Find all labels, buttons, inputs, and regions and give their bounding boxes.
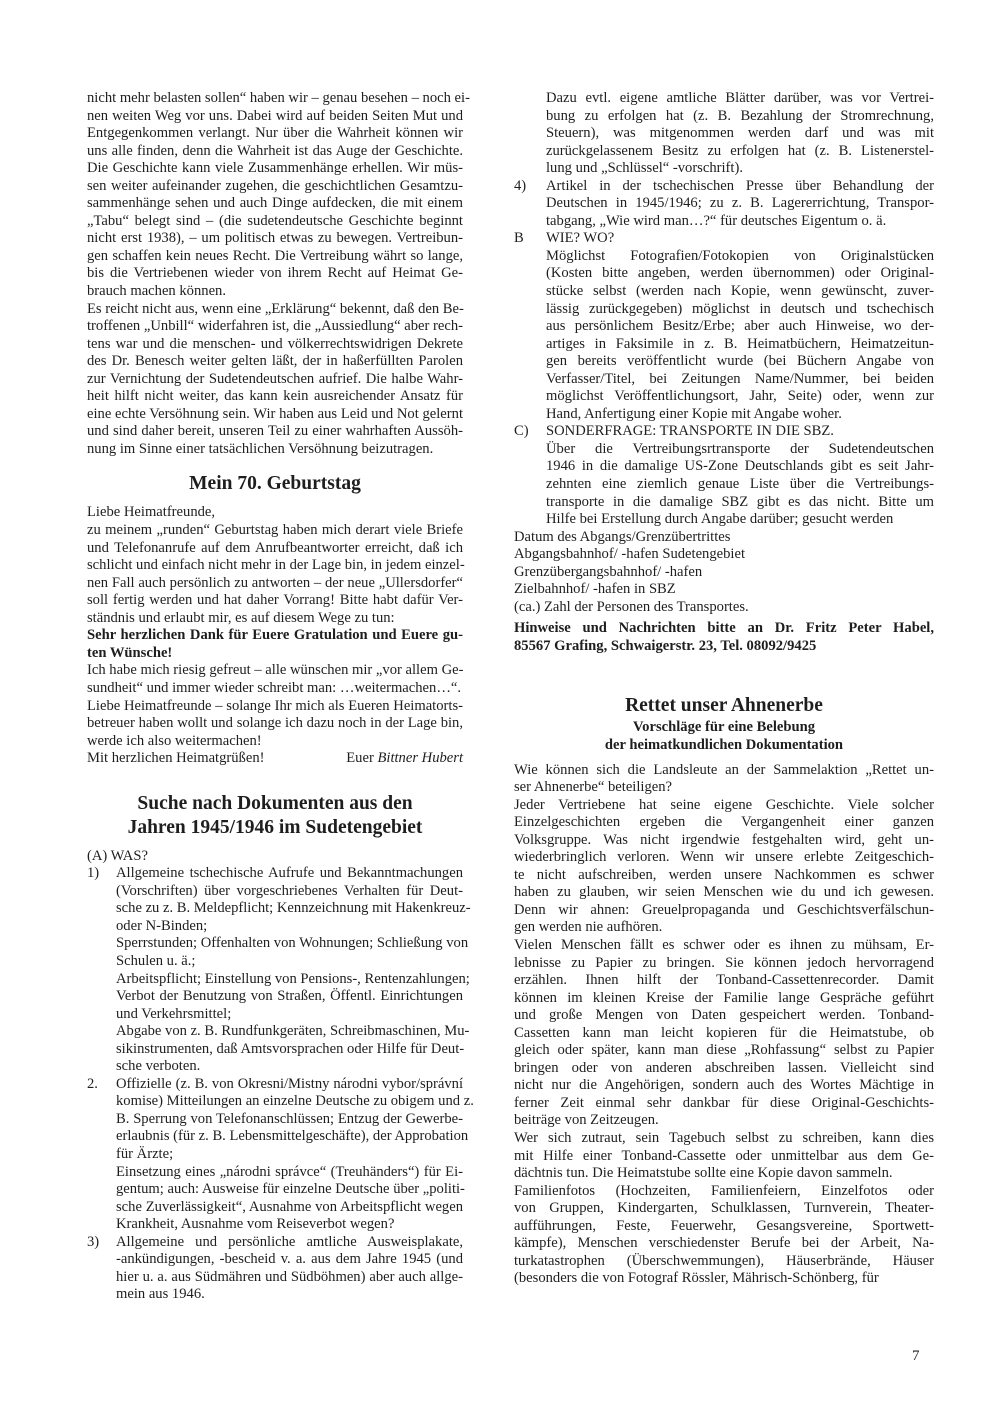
text-line: werde ich also weitermachen! xyxy=(87,733,463,751)
text-line: 85567 Grafing, Schwaigerstr. 23, Tel. 08… xyxy=(514,638,934,656)
text-line: Sehr herzlichen Dank für Euere Gratulati… xyxy=(87,627,463,645)
text-line: Offizielle (z. B. von Okresni/Mistny nár… xyxy=(116,1076,463,1094)
text-line: ser Ahnenerbe“ beteiligen? xyxy=(514,779,934,797)
text-line: soll fertig werden und hat daher Vorrang… xyxy=(87,592,463,610)
text-line: Wer sich zutraut, sein Tagebuch selbst z… xyxy=(514,1130,934,1148)
text-line: und Telefonanrufe auf dem Anrufbeantwort… xyxy=(87,540,463,558)
text-line: heit hilft nicht weiter, das kann kein a… xyxy=(87,388,463,406)
text-line: gleich oder später, kann man diese „Rohf… xyxy=(514,1042,934,1060)
list-item-3: 3) Allgemeine und persönliche amtliche A… xyxy=(87,1234,463,1304)
text-line: Verfasser/Titel, bei Zeitungen Name/Numm… xyxy=(546,371,934,389)
text-line: Dazu evtl. eigene amtliche Blätter darüb… xyxy=(546,90,934,108)
text-line: nen Fall auch persönlich zu antworten – … xyxy=(87,575,463,593)
text-line: sche zu z. B. Meldepflicht; Kennzeichnun… xyxy=(116,900,463,918)
text-line: Vielen Menschen fällt es schwer oder es … xyxy=(514,937,934,955)
text-line: Möglichst Fotografien/Fotokopien von Ori… xyxy=(546,248,934,266)
birthday-thanks: Sehr herzlichen Dank für Euere Gratulati… xyxy=(87,627,463,662)
list-item-2: 2. Offizielle (z. B. von Okresni/Mistny … xyxy=(87,1076,463,1234)
text-line: nung im Sinne einer tatsächlichen Versöh… xyxy=(87,441,463,459)
text-line: (besonders die von Fotograf Rössler, Mäh… xyxy=(514,1270,934,1288)
text-line: betreuer haben wollt und solange ich daz… xyxy=(87,715,463,733)
text-line: zehnten eine ziemlich genaue Liste über … xyxy=(546,476,934,494)
closing-greeting: Mit herzlichen Heimatgrüßen! xyxy=(87,750,265,768)
birthday-closing: Mit herzlichen Heimatgrüßen! Euer Bittne… xyxy=(87,750,463,768)
text-line: Schulen u. ä.; xyxy=(116,953,463,971)
sought-items-list: Datum des Abgangs/GrenzübertrittesAbgang… xyxy=(514,529,934,617)
text-line: bung zu erfolgen hat (z. B. Bezahlung de… xyxy=(546,108,934,126)
text-line: Ich habe mich riesig gefreut – alle wüns… xyxy=(87,662,463,680)
section-a-heading: (A) WAS? xyxy=(87,848,463,866)
text-line: schlicht und einfach nicht mehr in der L… xyxy=(87,557,463,575)
documents-title: Suche nach Dokumenten aus den Jahren 194… xyxy=(87,792,463,840)
text-line: mit Hilfe einer Tonband-Cassette oder un… xyxy=(514,1148,934,1166)
text-line: erlaubnis (für z. B. Lebensmittelgeschäf… xyxy=(116,1128,463,1146)
text-line: aus persönlichem Besitz/Erbe; aber auch … xyxy=(546,318,934,336)
text-line: tabgang, „Wie wird man…?“ für deutsches … xyxy=(546,213,934,231)
text-line: gen schaffen kein neues Recht. Die Vertr… xyxy=(87,248,463,266)
text-line: und sind daher bereit, unseren Teil zu e… xyxy=(87,423,463,441)
text-line: sundheit“ und immer wieder schreibt man:… xyxy=(87,680,463,698)
text-line: gen bereits veröffentlicht wurde (bei Bü… xyxy=(546,353,934,371)
text-line: haben zu glauben, wir seien Menschen wie… xyxy=(514,884,934,902)
text-line: Sperrstunden; Offenhalten von Wohnungen;… xyxy=(116,935,463,953)
text-line: von Gruppen, Kindergarten, Schulklassen,… xyxy=(514,1200,934,1218)
birthday-text: Liebe Heimatfreunde,zu meinem „runden“ G… xyxy=(87,504,463,627)
text-line: (Kosten bitte angeben, werden übernommen… xyxy=(546,265,934,283)
text-line: Wie können sich die Landsleute an der Sa… xyxy=(514,762,934,780)
text-line: ständnis und erlaubt mir, es auf diesem … xyxy=(87,610,463,628)
text-line: Liebe Heimatfreunde, xyxy=(87,504,463,522)
list-item-label: 3) xyxy=(87,1234,99,1252)
list-item-label: 1) xyxy=(87,865,99,883)
text-line: lung und „Schlüssel“ -vorschrift). xyxy=(546,160,934,178)
text-line: Steuern), was mitgenommen werden darf un… xyxy=(546,125,934,143)
text-line: nen weiten Weg vor uns. Dabei wird auf b… xyxy=(87,108,463,126)
list-item-label: 4) xyxy=(514,178,526,196)
birthday-text-continued: Ich habe mich riesig gefreut – alle wüns… xyxy=(87,662,463,750)
text-line: Denn wir ahnen: Greuelpropaganda und Ges… xyxy=(514,902,934,920)
text-line: Entgegenkommen verlangt. Nur über die Wa… xyxy=(87,125,463,143)
text-line: artiges in Faksimile in z. B. Heimatbüch… xyxy=(546,336,934,354)
text-line: des Dr. Benesch weiter gelten läßt, der … xyxy=(87,353,463,371)
left-column: nicht mehr belasten sollen“ haben wir – … xyxy=(87,90,463,1304)
text-line: Cassetten kann man leicht kopieren für d… xyxy=(514,1025,934,1043)
text-line: uns alle finden, denn die Wahrheit ist d… xyxy=(87,143,463,161)
text-line: brauch machen können. xyxy=(87,283,463,301)
text-line: te nicht aufschreiben, werden unsere Nac… xyxy=(514,867,934,885)
text-line: Familienfotos (Hochzeiten, Familienfeier… xyxy=(514,1183,934,1201)
text-line: troffenen „Unbill“ widerfahren ist, die … xyxy=(87,318,463,336)
text-line: Abgangsbahnhof/ -hafen Sudetengebiet xyxy=(514,546,934,564)
text-line: Abgabe von z. B. Rundfunkgeräten, Schrei… xyxy=(116,1023,463,1041)
text-line: lässig zurückgegeben) möglichst in deuts… xyxy=(546,301,934,319)
section-label: C) xyxy=(514,423,529,441)
list-item-1: 1) Allgemeine tschechische Aufrufe und B… xyxy=(87,865,463,1076)
section-b-title: WIE? WO? xyxy=(546,230,934,248)
text-line: -ankündigungen, -bescheid v. a. aus dem … xyxy=(116,1251,463,1269)
signature-name: Bittner Hubert xyxy=(377,750,463,766)
text-line: erzählen. Ihnen hilft der Tonband-Casset… xyxy=(514,972,934,990)
text-line: sche Zuverlässigkeit“, Ausnahme von Arbe… xyxy=(116,1199,463,1217)
text-line: Die Geschichte kann viele Zusammenhänge … xyxy=(87,160,463,178)
text-line: aufführungen, Feste, Feuerwehr, Gesangsv… xyxy=(514,1218,934,1236)
text-line: Hilfe bei Erstellung durch Angabe darübe… xyxy=(546,511,934,529)
list-item-3-continuation: Dazu evtl. eigene amtliche Blätter darüb… xyxy=(514,90,934,178)
text-line: bringen oder von anderen abschreiben las… xyxy=(514,1060,934,1078)
text-line: B. Sperrung von Telefonanschlüssen; Entz… xyxy=(116,1111,463,1129)
text-line: mein aus 1946. xyxy=(116,1286,463,1304)
ahnenerbe-text: Wie können sich die Landsleute an der Sa… xyxy=(514,762,934,1288)
section-c: C) SONDERFRAGE: TRANSPORTE IN DIE SBZ. Ü… xyxy=(514,423,934,528)
list-item-label: 2. xyxy=(87,1076,98,1094)
ahnenerbe-title: Rettet unser Ahnenerbe xyxy=(514,694,934,718)
text-line: Volksgruppe. Was nicht irgendwie festgeh… xyxy=(514,832,934,850)
text-line: Verbot der Benutzung von Straßen, Öffent… xyxy=(116,988,463,1006)
text-line: Grenzübergangsbahnhof/ -hafen xyxy=(514,564,934,582)
right-column: Dazu evtl. eigene amtliche Blätter darüb… xyxy=(514,90,934,1288)
text-line: oder N-Binden; xyxy=(116,918,463,936)
text-line: Einsetzung eines „národni správce“ (Treu… xyxy=(116,1164,463,1182)
text-line: Über die Vertreibungsrtransporte der Sud… xyxy=(546,441,934,459)
text-line: Hinweise und Nachrichten bitte an Dr. Fr… xyxy=(514,620,934,638)
text-line: und Verkehrsmittel; xyxy=(116,1006,463,1024)
text-line: Es reicht nicht aus, wenn eine „Erklärun… xyxy=(87,301,463,319)
text-line: bis die Vertriebenen wieder von ihrem Re… xyxy=(87,265,463,283)
text-line: wiederbringlich verloren. Wenn wir unser… xyxy=(514,849,934,867)
text-line: Arbeitspflicht; Einstellung von Pensions… xyxy=(116,971,463,989)
text-line: eine echte Versöhnung sein. Wir haben au… xyxy=(87,406,463,424)
list-item-4: 4) Artikel in der tschechischen Presse ü… xyxy=(514,178,934,231)
text-line: (Vorschriften) über vorgeschriebenes Ver… xyxy=(116,883,463,901)
text-line: Allgemeine und persönliche amtliche Ausw… xyxy=(116,1234,463,1252)
text-line: nicht mehr belasten sollen“ haben wir – … xyxy=(87,90,463,108)
text-line: Datum des Abgangs/Grenzübertrittes xyxy=(514,529,934,547)
text-line: Krankheit, Ausnahme vom Reiseverbot wege… xyxy=(116,1216,463,1234)
text-line: zu meinem „runden“ Geburtstag haben mich… xyxy=(87,522,463,540)
text-line: Zielbahnhof/ -hafen in SBZ xyxy=(514,581,934,599)
intro-article-text: nicht mehr belasten sollen“ haben wir – … xyxy=(87,90,463,458)
contact-info: Hinweise und Nachrichten bitte an Dr. Fr… xyxy=(514,620,934,655)
text-line: dächtnis tun. Die Heimatstube sollte ein… xyxy=(514,1165,934,1183)
text-line: hier u. a. aus Südmähren und Südböhmen) … xyxy=(116,1269,463,1287)
text-line: „Tabu“ belegt sind – (die sudetendeutsch… xyxy=(87,213,463,231)
text-line: turkatastrophen (Überschwemmungen), Häus… xyxy=(514,1253,934,1271)
signature: Euer Bittner Hubert xyxy=(346,750,463,768)
text-line: lebnisse zu Papier zu bringen. Sie könne… xyxy=(514,955,934,973)
text-line: Einzelgeschichten ergeben die Vergangenh… xyxy=(514,814,934,832)
section-label: B xyxy=(514,230,524,248)
page-number: 7 xyxy=(912,1348,920,1365)
section-b: B WIE? WO? Möglichst Fotografien/Fotokop… xyxy=(514,230,934,423)
text-line: gen werden nie aufhören. xyxy=(514,919,934,937)
text-line: nicht erst 1938), – um politisch etwas z… xyxy=(87,230,463,248)
text-line: Artikel in der tschechischen Presse über… xyxy=(546,178,934,196)
text-line: können im kleinen Kreise der Familie lan… xyxy=(514,990,934,1008)
text-line: kämpfe), Menschen verschiedenster Berufe… xyxy=(514,1235,934,1253)
text-line: sche verboten. xyxy=(116,1058,463,1076)
text-line: und große Mengen von Daten gespeichert w… xyxy=(514,1007,934,1025)
section-c-title: SONDERFRAGE: TRANSPORTE IN DIE SBZ. xyxy=(546,423,934,441)
text-line: sammenhänge sehen und auch Dinge aufdeck… xyxy=(87,195,463,213)
text-line: ferner Zeit einmal sehr dankbar für dies… xyxy=(514,1095,934,1113)
text-line: Hand, Anfertigung einer Kopie mit Angabe… xyxy=(546,406,934,424)
text-line: beiträge von Zeitzeugen. xyxy=(514,1112,934,1130)
text-line: für Ärzte; xyxy=(116,1146,463,1164)
text-line: nicht nur die Angehörigen, sondern auch … xyxy=(514,1077,934,1095)
text-line: Deutschen in 1945/1946; zu z. B. Lagerer… xyxy=(546,195,934,213)
text-line: stücke selbst (werden nach Kopie, wenn g… xyxy=(546,283,934,301)
text-line: (ca.) Zahl der Personen des Transportes. xyxy=(514,599,934,617)
text-line: 1946 in die damalige US-Zone Deutschland… xyxy=(546,458,934,476)
ahnenerbe-subtitle: Vorschläge für eine Belebung der heimatk… xyxy=(514,718,934,754)
text-line: zur Vernichtung der Sudetendeutschen auf… xyxy=(87,371,463,389)
text-line: Allgemeine tschechische Aufrufe und Beka… xyxy=(116,865,463,883)
text-line: Liebe Heimatfreunde – solange Ihr mich a… xyxy=(87,698,463,716)
text-line: tens war und die menschen- und völkerrec… xyxy=(87,336,463,354)
text-line: transporte in die damalige SBZ gibt es d… xyxy=(546,494,934,512)
text-line: ten Wünsche! xyxy=(87,645,463,663)
text-line: gentum; auch: Ausweise für einzelne Deut… xyxy=(116,1181,463,1199)
text-line: zurückgelassenem Besitz zu erfolgen hat … xyxy=(546,143,934,161)
text-line: komise) Mitteilungen an einzelne Deutsch… xyxy=(116,1093,463,1111)
text-line: möglichst Veröffentlichungsort, Jahr, Se… xyxy=(546,388,934,406)
birthday-title: Mein 70. Geburtstag xyxy=(87,472,463,496)
text-line: sen weiter aufeinander zugehen, die gesc… xyxy=(87,178,463,196)
text-line: sikinstrumenten, daß Amtsvorsprachen ode… xyxy=(116,1041,463,1059)
text-line: Jeder Vertriebene hat seine eigene Gesch… xyxy=(514,797,934,815)
